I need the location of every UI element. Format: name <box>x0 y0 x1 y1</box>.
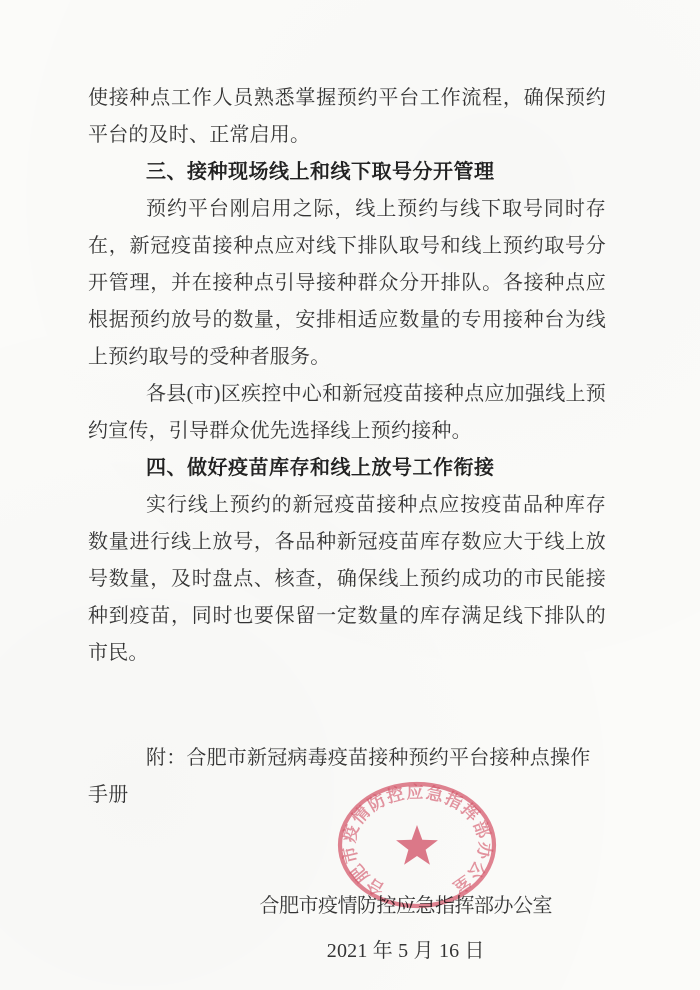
document-body: 使接种点工作人员熟悉掌握预约平台工作流程，确保预约平台的及时、正常启用。 三、接… <box>88 80 606 970</box>
body-paragraph: 预约平台刚启用之际，线上预约与线下取号同时存在，新冠疫苗接种点应对线下排队取号和… <box>88 191 606 376</box>
document-page: 使接种点工作人员熟悉掌握预约平台工作流程，确保预约平台的及时、正常启用。 三、接… <box>0 0 700 990</box>
body-paragraph: 实行线上预约的新冠疫苗接种点应按疫苗品种库存数量进行线上放号，各品种新冠疫苗库存… <box>88 487 606 672</box>
signature-block: 合肥市疫情防控应急指挥部办公室 2021 年 5 月 16 日 <box>260 888 553 970</box>
issuer-name: 合肥市疫情防控应急指挥部办公室 <box>260 888 553 925</box>
attachment-line: 附：合肥市新冠病毒疫苗接种预约平台接种点操作手册 <box>88 740 606 814</box>
continuation-paragraph: 使接种点工作人员熟悉掌握预约平台工作流程，确保预约平台的及时、正常启用。 <box>88 80 606 154</box>
section-heading-4: 四、做好疫苗库存和线上放号工作衔接 <box>88 450 606 487</box>
section-heading-3: 三、接种现场线上和线下取号分开管理 <box>88 154 606 191</box>
body-paragraph: 各县(市)区疾控中心和新冠疫苗接种点应加强线上预约宣传，引导群众优先选择线上预约… <box>88 376 606 450</box>
issue-date: 2021 年 5 月 16 日 <box>260 933 553 970</box>
